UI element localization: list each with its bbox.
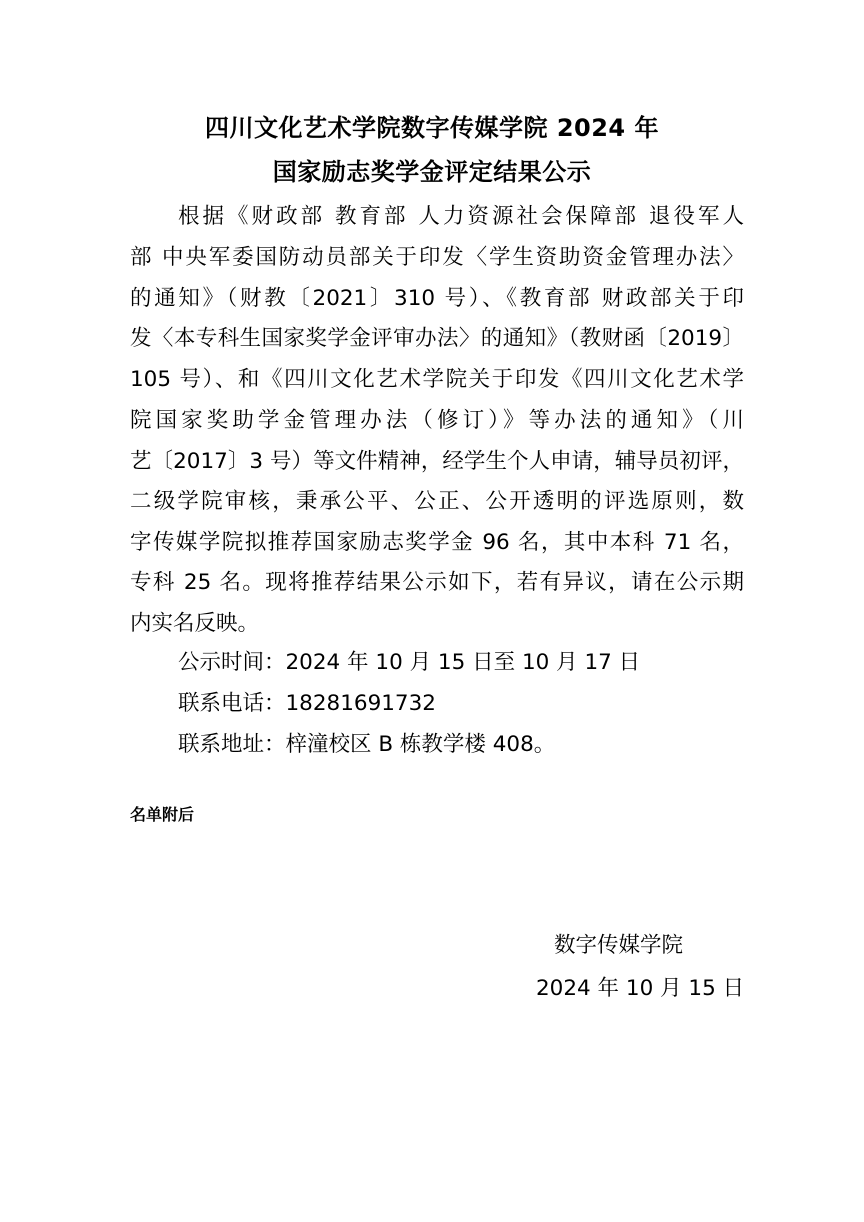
attachment-note: 名单附后 (130, 804, 194, 826)
body-line-2: 部 中央军委国防动员部关于印发〈学生资助资金管理办法〉 (130, 244, 744, 272)
body-line-1: 根据《财政部 教育部 人力资源社会保障部 退役军人 (178, 203, 744, 231)
body-line-9: 字传媒学院拟推荐国家励志奖学金 96 名，其中本科 71 名， (130, 529, 744, 557)
body-line-7: 艺〔2017〕3 号）等文件精神，经学生个人申请，辅导员初评， (130, 448, 744, 476)
contact-phone: 联系电话：18281691732 (178, 690, 436, 718)
body-line-11: 内实名反映。 (130, 610, 744, 638)
body-line-6: 院国家奖助学金管理办法（修订）》等办法的通知》（川 (130, 407, 744, 435)
publicity-period: 公示时间：2024 年 10 月 15 日至 10 月 17 日 (178, 649, 640, 677)
body-line-5: 105 号）、和《四川文化艺术学院关于印发《四川文化艺术学 (130, 366, 744, 394)
signature-organization: 数字传媒学院 (554, 932, 683, 960)
contact-address: 联系地址：梓潼校区 B 栋教学楼 408。 (178, 731, 555, 759)
document-page: 四川文化艺术学院数字传媒学院 2024 年 国家励志奖学金评定结果公示 根据《财… (0, 0, 864, 1222)
body-line-3: 的通知》（财教〔2021〕310 号）、《教育部 财政部关于印 (130, 285, 744, 313)
body-line-8: 二级学院审核，秉承公平、公正、公开透明的评选原则，数 (130, 488, 744, 516)
document-title-line-1: 四川文化艺术学院数字传媒学院 2024 年 (0, 113, 864, 143)
body-line-10: 专科 25 名。现将推荐结果公示如下，若有异议，请在公示期 (130, 569, 744, 597)
body-line-4: 发〈本专科生国家奖学金评审办法〉的通知》（教财函〔2019〕 (130, 325, 744, 353)
document-title-line-2: 国家励志奖学金评定结果公示 (0, 157, 864, 187)
signature-date: 2024 年 10 月 15 日 (536, 975, 744, 1003)
